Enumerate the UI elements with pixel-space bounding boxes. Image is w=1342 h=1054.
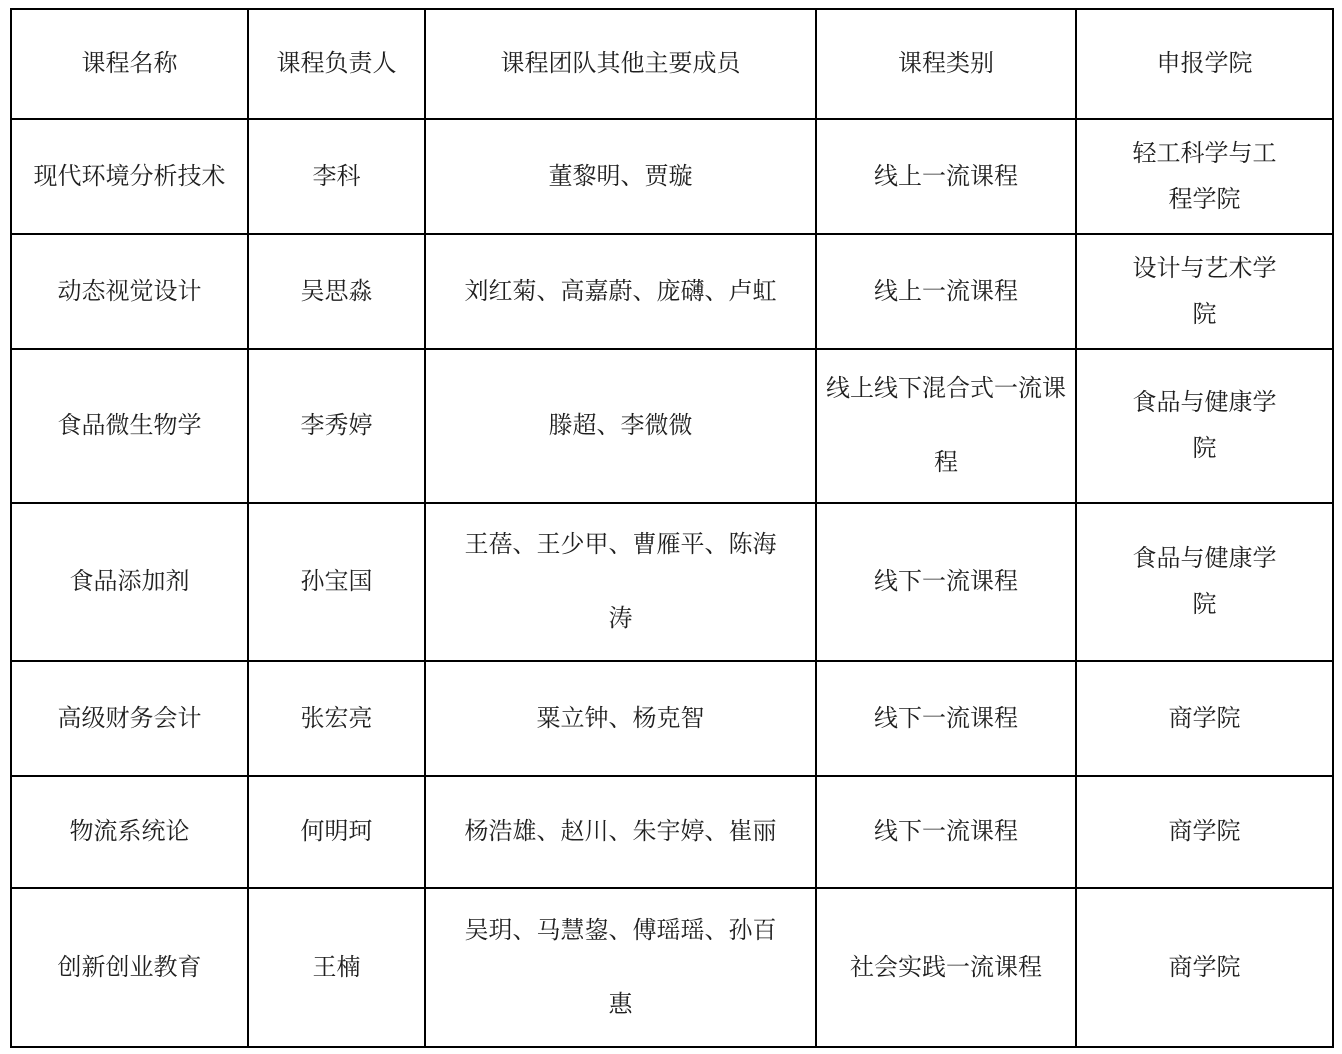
cell-course-category: 线下一流课程 <box>816 503 1076 661</box>
header-course-category: 课程类别 <box>816 9 1076 119</box>
cell-team-members: 滕超、李微微 <box>425 349 816 503</box>
cell-course-category: 线下一流课程 <box>816 776 1076 888</box>
cell-college: 商学院 <box>1076 776 1333 888</box>
cell-course-name: 物流系统论 <box>11 776 248 888</box>
cell-course-category: 线上一流课程 <box>816 234 1076 349</box>
table-row: 创新创业教育王楠吴玥、马慧鋆、傅瑶瑶、孙百惠社会实践一流课程商学院 <box>11 888 1333 1047</box>
cell-course-leader: 王楠 <box>248 888 425 1047</box>
cell-college: 商学院 <box>1076 661 1333 776</box>
cell-course-category: 线上一流课程 <box>816 119 1076 234</box>
cell-team-members: 刘红菊、高嘉蔚、庞礴、卢虹 <box>425 234 816 349</box>
header-course-leader: 课程负责人 <box>248 9 425 119</box>
cell-team-members: 杨浩雄、赵川、朱宇婷、崔丽 <box>425 776 816 888</box>
cell-course-name: 创新创业教育 <box>11 888 248 1047</box>
table-row: 现代环境分析技术李科董黎明、贾璇线上一流课程轻工科学与工程学院 <box>11 119 1333 234</box>
header-team-members: 课程团队其他主要成员 <box>425 9 816 119</box>
table-body: 现代环境分析技术李科董黎明、贾璇线上一流课程轻工科学与工程学院动态视觉设计吴思淼… <box>11 119 1333 1047</box>
cell-course-name: 动态视觉设计 <box>11 234 248 349</box>
table-row: 食品添加剂孙宝国王蓓、王少甲、曹雁平、陈海涛线下一流课程食品与健康学院 <box>11 503 1333 661</box>
cell-course-leader: 孙宝国 <box>248 503 425 661</box>
cell-course-leader: 何明珂 <box>248 776 425 888</box>
table-row: 动态视觉设计吴思淼刘红菊、高嘉蔚、庞礴、卢虹线上一流课程设计与艺术学院 <box>11 234 1333 349</box>
cell-college: 食品与健康学院 <box>1076 349 1333 503</box>
cell-course-category: 社会实践一流课程 <box>816 888 1076 1047</box>
table-row: 高级财务会计张宏亮粟立钟、杨克智线下一流课程商学院 <box>11 661 1333 776</box>
cell-college: 商学院 <box>1076 888 1333 1047</box>
cell-team-members: 董黎明、贾璇 <box>425 119 816 234</box>
table-header: 课程名称课程负责人课程团队其他主要成员课程类别申报学院 <box>11 9 1333 119</box>
cell-college: 轻工科学与工程学院 <box>1076 119 1333 234</box>
cell-course-name: 高级财务会计 <box>11 661 248 776</box>
cell-course-name: 食品微生物学 <box>11 349 248 503</box>
cell-course-category: 线上线下混合式一流课程 <box>816 349 1076 503</box>
cell-course-name: 食品添加剂 <box>11 503 248 661</box>
cell-team-members: 吴玥、马慧鋆、傅瑶瑶、孙百惠 <box>425 888 816 1047</box>
cell-course-leader: 张宏亮 <box>248 661 425 776</box>
cell-course-leader: 吴思淼 <box>248 234 425 349</box>
cell-course-category: 线下一流课程 <box>816 661 1076 776</box>
cell-course-leader: 李科 <box>248 119 425 234</box>
cell-course-name: 现代环境分析技术 <box>11 119 248 234</box>
cell-team-members: 王蓓、王少甲、曹雁平、陈海涛 <box>425 503 816 661</box>
header-row: 课程名称课程负责人课程团队其他主要成员课程类别申报学院 <box>11 9 1333 119</box>
cell-course-leader: 李秀婷 <box>248 349 425 503</box>
cell-team-members: 粟立钟、杨克智 <box>425 661 816 776</box>
header-college: 申报学院 <box>1076 9 1333 119</box>
header-course-name: 课程名称 <box>11 9 248 119</box>
table-row: 食品微生物学李秀婷滕超、李微微线上线下混合式一流课程食品与健康学院 <box>11 349 1333 503</box>
cell-college: 设计与艺术学院 <box>1076 234 1333 349</box>
table-row: 物流系统论何明珂杨浩雄、赵川、朱宇婷、崔丽线下一流课程商学院 <box>11 776 1333 888</box>
cell-college: 食品与健康学院 <box>1076 503 1333 661</box>
course-table: 课程名称课程负责人课程团队其他主要成员课程类别申报学院 现代环境分析技术李科董黎… <box>10 8 1334 1048</box>
